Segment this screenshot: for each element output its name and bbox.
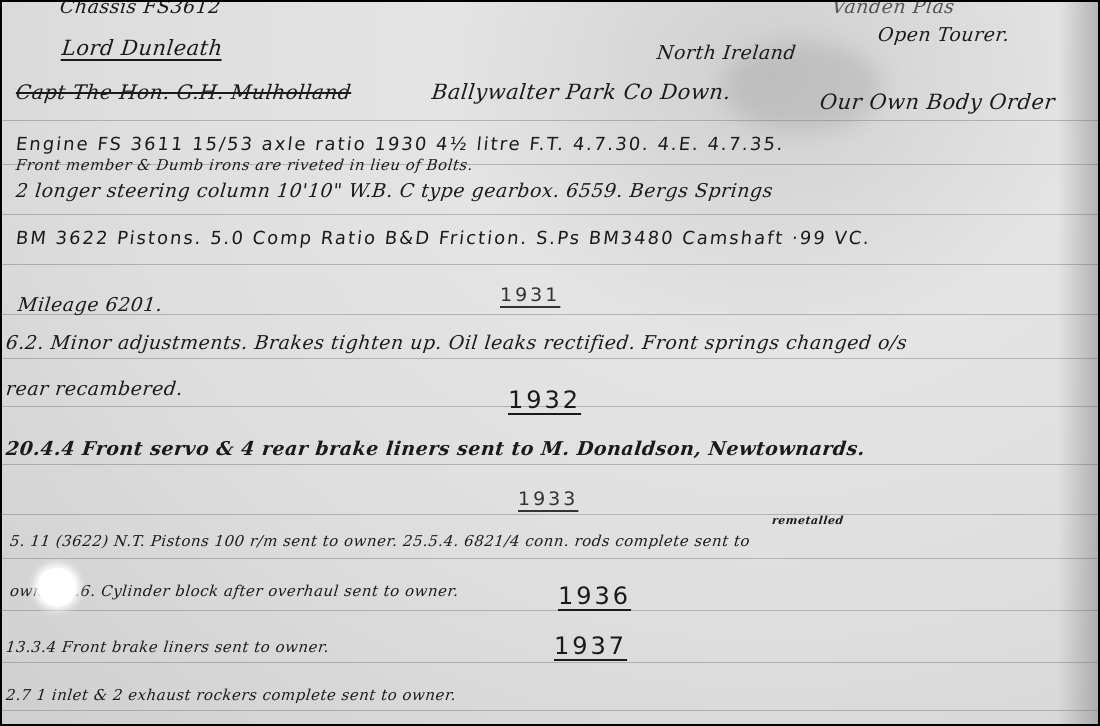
ruled-line [2, 358, 1098, 359]
spec-line-front-member: Front member & Dumb irons are riveted in… [15, 156, 474, 174]
entry-1932-line-1: 20.4.4 Front servo & 4 rear brake liners… [5, 438, 866, 460]
ruled-line [2, 120, 1098, 121]
ruled-line [2, 264, 1098, 265]
coachbuilder: Vanden Plas [831, 2, 956, 18]
year-heading-1937: 1937 [554, 632, 627, 660]
entry-1933-line-1: 5. 11 (3622) N.T. Pistons 100 r/m sent t… [9, 532, 751, 550]
body-order-note: Our Own Body Order [819, 90, 1057, 114]
ruled-line [2, 464, 1098, 465]
year-heading-1931: 1931 [500, 284, 560, 306]
year-heading-1932: 1932 [508, 386, 581, 414]
ruled-line [2, 514, 1098, 515]
entry-1936-line-1: 13.3.4 Front brake liners sent to owner. [5, 638, 330, 656]
ruled-line [2, 662, 1098, 663]
entry-1933-line-2: owner 6.6. Cylinder block after overhaul… [9, 582, 460, 600]
mileage: Mileage 6201. [17, 294, 164, 316]
entry-1937-line-1: 2.7 1 inlet & 2 exhaust rockers complete… [5, 686, 457, 704]
chassis-number: Chassis FS3612 [59, 2, 222, 18]
paper-damage-spot [38, 568, 76, 606]
year-heading-1936: 1936 [558, 582, 631, 610]
insertion-remetalled: remetalled [771, 514, 844, 527]
ruled-line [2, 710, 1098, 711]
ledger-page: Chassis FS3612 Lord Dunleath Capt The Ho… [2, 2, 1098, 724]
spec-line-engine: Engine FS 3611 15/53 axle ratio 1930 4½ … [15, 134, 786, 155]
year-heading-1933: 1933 [518, 488, 578, 510]
current-owner: Lord Dunleath [61, 36, 224, 60]
ruled-line [2, 558, 1098, 559]
spec-line-pistons: BM 3622 Pistons. 5.0 Comp Ratio B&D Fric… [15, 228, 872, 249]
body-style: Open Tourer. [877, 24, 1011, 46]
region: North Ireland [656, 42, 798, 64]
spec-line-steering: 2 longer steering column 10'10" W.B. C t… [15, 180, 774, 202]
ruled-line [2, 610, 1098, 611]
entry-1931-line-2: rear recambered. [5, 378, 184, 400]
ruled-line [2, 314, 1098, 315]
owner-address: Ballywalter Park Co Down. [431, 80, 732, 104]
ruled-line [2, 214, 1098, 215]
former-owner-struck: Capt The Hon. G.H. Mulholland [15, 80, 353, 104]
entry-1931-line-1: 6.2. Minor adjustments. Brakes tighten u… [5, 332, 909, 354]
